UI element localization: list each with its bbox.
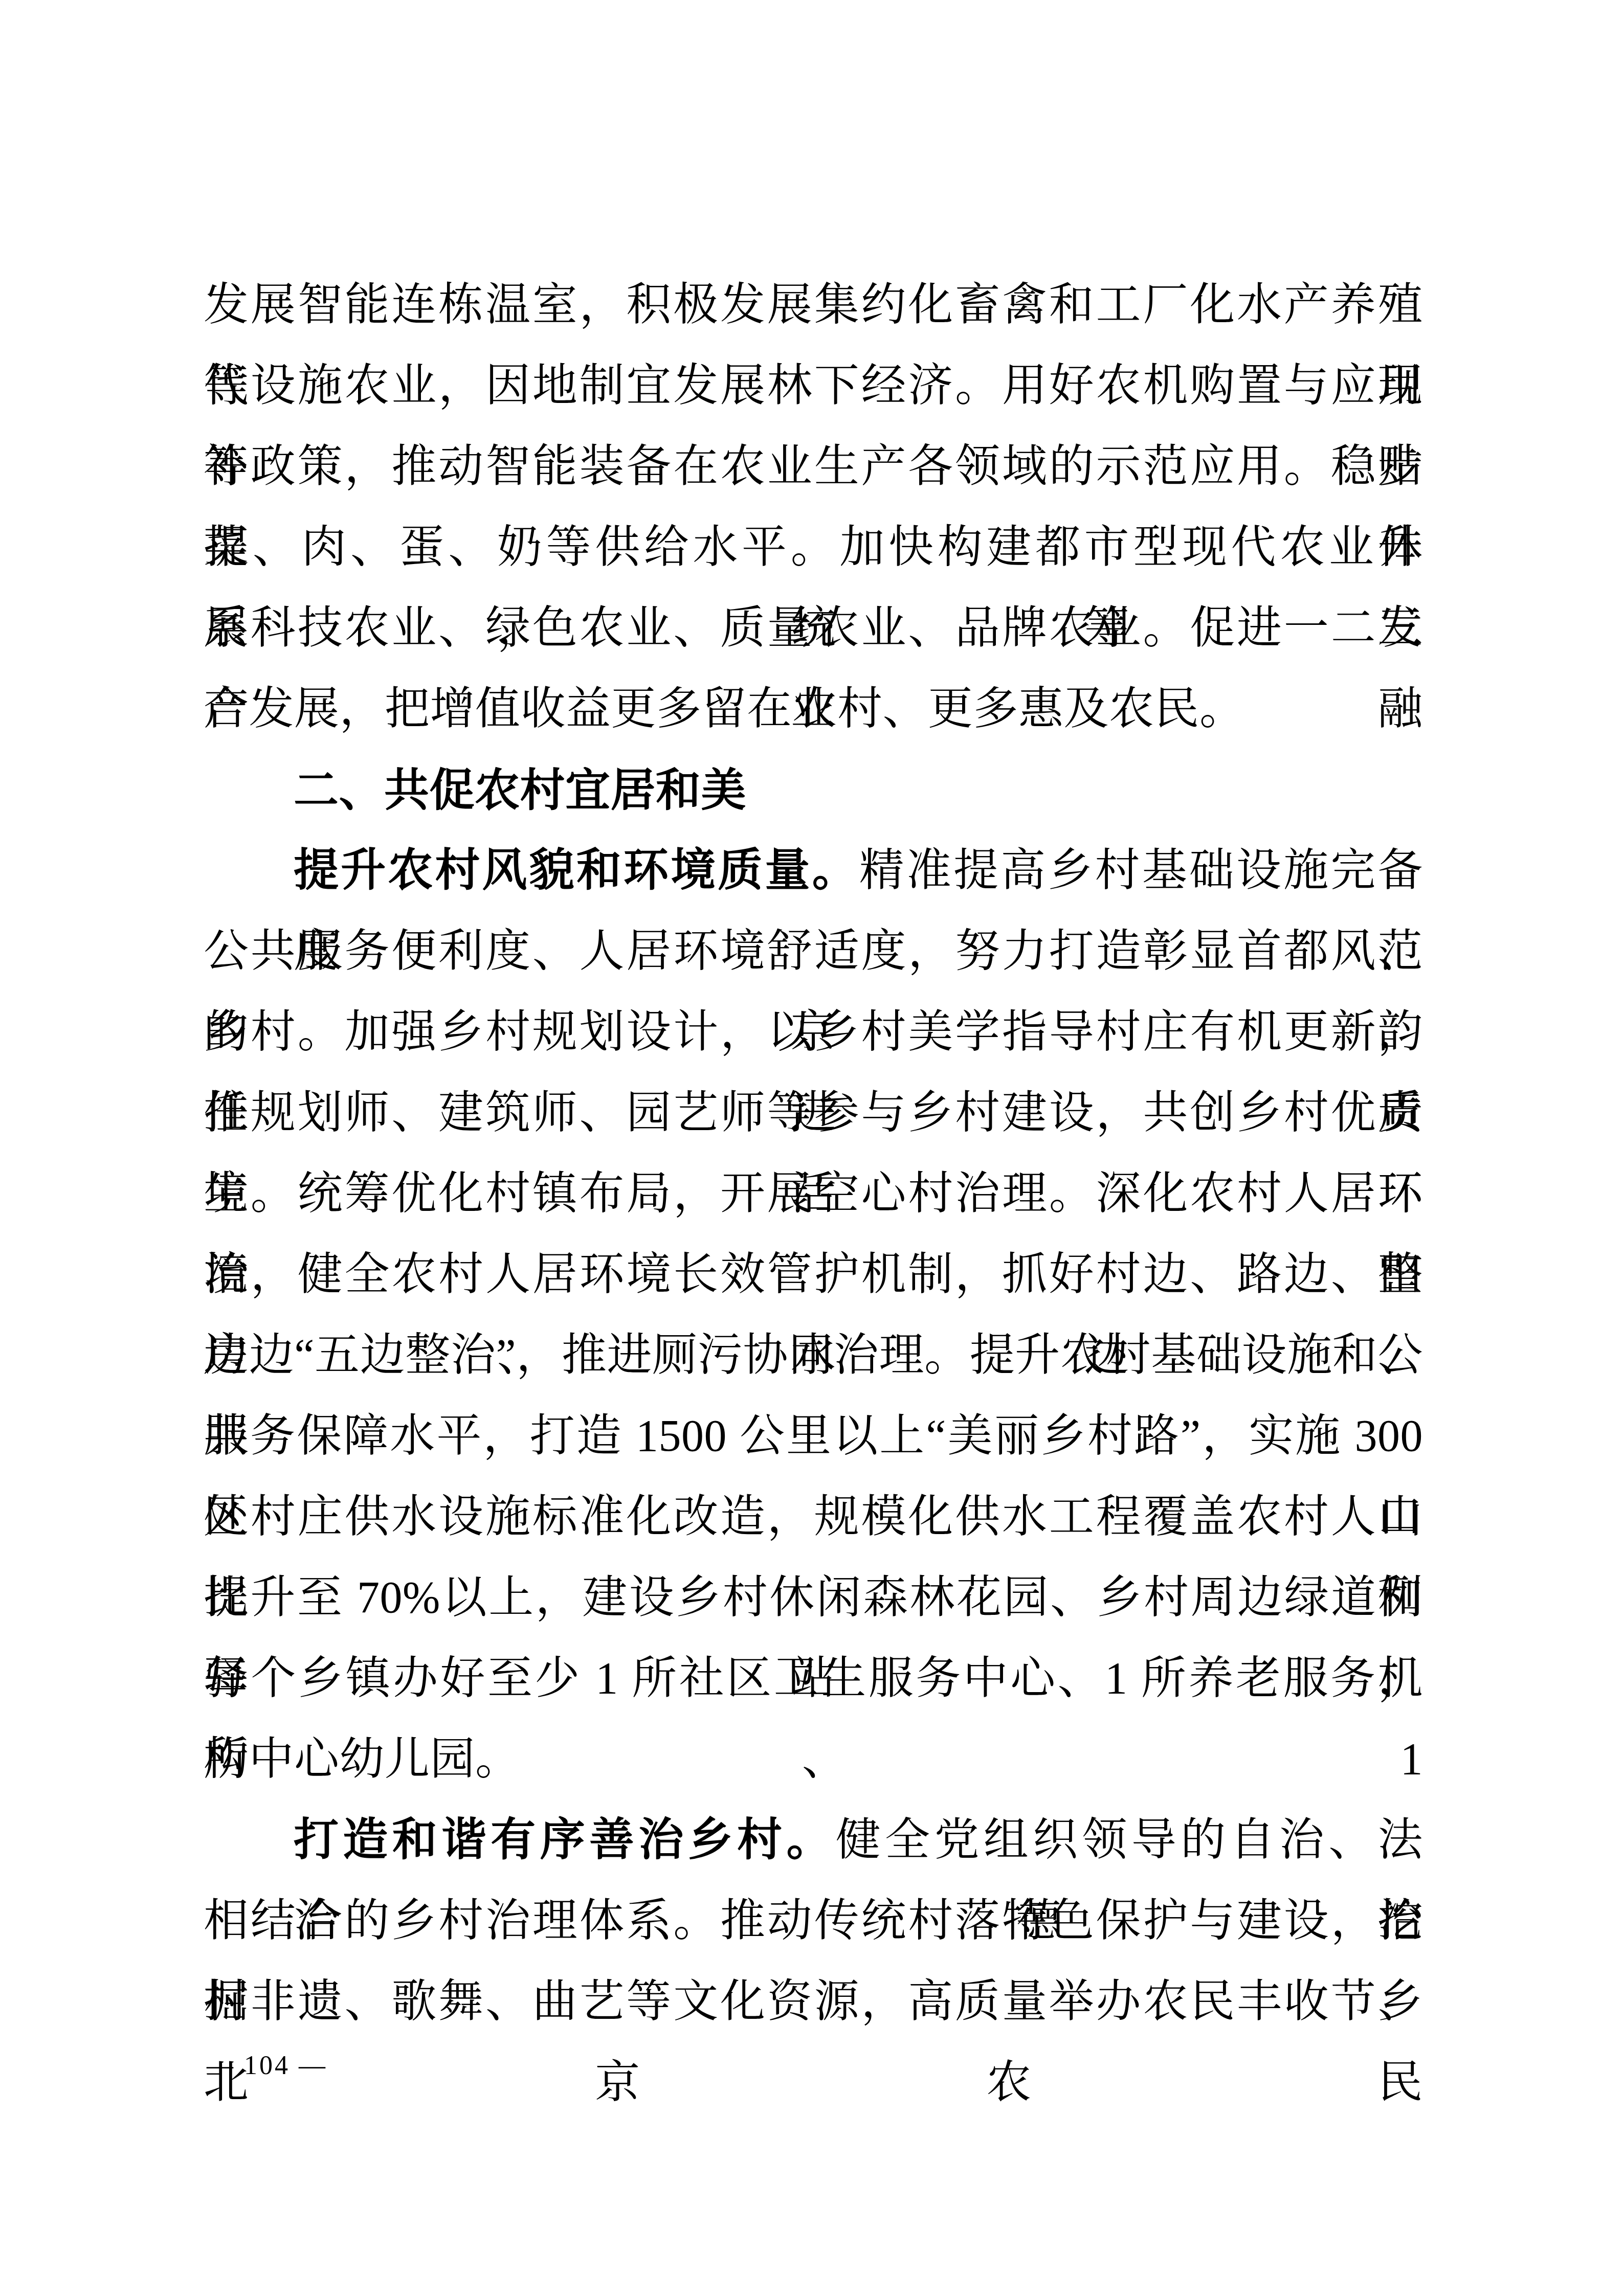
page-number: — 104 — — [207, 2039, 327, 2092]
text-line: 乡村。加强乡村规划设计，以乡村美学指导村庄有机更新，推进责 — [204, 992, 1423, 1073]
paragraph-lead-line: 提升农村风貌和环境质量。精准提高乡村基础设施完备度、 — [204, 830, 1423, 911]
text-line: 等政策，推动智能装备在农业生产各领域的示范应用。稳步提升 — [204, 426, 1423, 507]
paragraph-lead-line: 打造和谐有序善治乡村。健全党组织领导的自治、法治、德治 — [204, 1800, 1423, 1881]
text-line: 村非遗、歌舞、曲艺等文化资源，高质量举办农民丰收节、北京农民 — [204, 1962, 1423, 2042]
text-line: 治，健全农村人居环境长效管护机制，抓好村边、路边、田边、水边、 — [204, 1234, 1423, 1315]
document-page: 发展智能连栋温室，积极发展集约化畜禽和工厂化水产养殖等现 代设施农业，因地制宜发… — [0, 0, 1624, 2296]
paragraph-end-line: 合发展，把增值收益更多留在农村、更多惠及农民。 — [204, 669, 1423, 750]
text-line: 相结合的乡村治理体系。推动传统村落特色保护与建设，挖掘乡 — [204, 1881, 1423, 1962]
page-number-text: — 104 — — [207, 2051, 327, 2080]
lead-text: 打造和谐有序善治乡村。 — [294, 1815, 836, 1865]
heading-text: 二、共促农村宜居和美 — [294, 764, 746, 815]
text-line: 提升至 70%以上，建设乡村休闲森林花园、乡村周边绿道和驿站， — [204, 1558, 1423, 1638]
lead-text: 提升农村风貌和环境质量。 — [294, 846, 859, 895]
text-line: 任规划师、建筑师、园艺师等参与乡村建设，共创乡村优质生活环 — [204, 1073, 1423, 1154]
line-text: 所中心幼儿园。 — [204, 1735, 521, 1784]
text-line: 境。统筹优化村镇布局，开展空心村治理。深化农村人居环境整 — [204, 1154, 1423, 1234]
text-line: 菜、肉、蛋、奶等供给水平。加快构建都市型现代农业体系，统筹发 — [204, 507, 1423, 588]
text-line: 展科技农业、绿色农业、质量农业、品牌农业。促进一二三产业融 — [204, 588, 1423, 669]
text-line: 区村庄供水设施标准化改造，规模化供水工程覆盖农村人口比例 — [204, 1477, 1423, 1558]
text-block: 发展智能连栋温室，积极发展集约化畜禽和工厂化水产养殖等现 代设施农业，因地制宜发… — [204, 265, 1423, 2042]
text-line: 发展智能连栋温室，积极发展集约化畜禽和工厂化水产养殖等现 — [204, 265, 1423, 346]
line-text: 合发展，把增值收益更多留在农村、更多惠及农民。 — [204, 684, 1245, 734]
text-line: 每个乡镇办好至少 1 所社区卫生服务中心、1 所养老服务机构、1 — [204, 1638, 1423, 1719]
section-heading: 二、共促农村宜居和美 — [204, 750, 1423, 830]
line-text: 村非遗、歌舞、曲艺等文化资源，高质量举办农民丰收节、北京农民 — [204, 1977, 1423, 2107]
text-line: 代设施农业，因地制宜发展林下经济。用好农机购置与应用补贴 — [204, 346, 1423, 426]
text-line: 公共服务便利度、人居环境舒适度，努力打造彰显首都风范的京韵 — [204, 911, 1423, 992]
text-line: 房边“五边整治”，推进厕污协同治理。提升农村基础设施和公共 — [204, 1315, 1423, 1396]
text-line: 服务保障水平，打造 1500 公里以上“美丽乡村路”，实施 300 处山 — [204, 1396, 1423, 1477]
